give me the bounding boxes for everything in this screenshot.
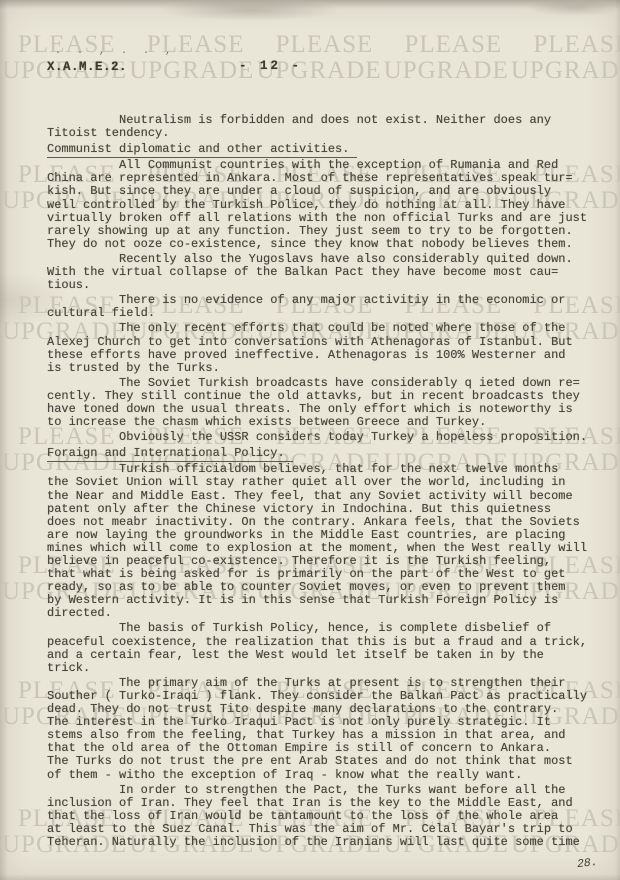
text-line: The Turks do not trust the pre ent Arab … <box>47 755 587 768</box>
text-line: Titoist tendency. <box>47 127 587 140</box>
text-line: and a certain fear, lest the West would … <box>47 649 587 662</box>
text-line: The only recent efforts that could be no… <box>47 322 587 335</box>
paragraph: All Communist countries with the excepti… <box>47 159 587 251</box>
paragraph: The Soviet Turkish broadcasts have consi… <box>47 377 587 429</box>
text-line: directed. <box>47 607 587 620</box>
text-line: is trusted by the Turks. <box>47 362 587 375</box>
paragraph: Turkish officialdom believes, that for t… <box>47 463 587 620</box>
page-number: - 12 - <box>239 59 302 73</box>
text-line: cently. They still continue the old atta… <box>47 390 587 403</box>
text-line: the Soviet Union will stay rather quiet … <box>47 476 587 489</box>
text-line: are now laying the groundworks in the Mi… <box>47 529 587 542</box>
text-line: that the loss of Iran would be tantamoun… <box>47 810 587 823</box>
text-line: well controlled by the Turkish Police, t… <box>47 199 587 212</box>
paragraph: In order to strengthen the Pact, the Tur… <box>47 784 587 849</box>
text-line: The Soviet Turkish broadcasts have consi… <box>47 377 587 390</box>
text-line: They do not ooze co-existence, since the… <box>47 238 587 251</box>
text-line: rarely showing up at any function. They … <box>47 225 587 238</box>
text-line: In order to strengthen the Pact, the Tur… <box>47 784 587 797</box>
text-line: virtually broken off all relations with … <box>47 212 587 225</box>
text-line: kish. But since they are under a cloud o… <box>47 185 587 198</box>
text-line: With the virtual collapse of the Balkan … <box>47 266 587 279</box>
watermark-word-please: PLEASE <box>404 32 502 58</box>
text-line: Obviously the USSR considers today Turke… <box>47 431 587 444</box>
paragraph: Obviously the USSR considers today Turke… <box>47 431 587 444</box>
text-line: tious. <box>47 279 587 292</box>
text-line: by Western activity. It is in this sense… <box>47 594 587 607</box>
text-line: peaceful coexistence, the realization th… <box>47 636 587 649</box>
text-line: to increase the chasm which exists betwe… <box>47 416 587 429</box>
scanned-document-page: PLEASEPLEASEPLEASEPLEASEPLEASEUPGRADEUPG… <box>0 0 620 880</box>
paragraph: The basis of Turkish Policy, hence, is c… <box>47 622 587 674</box>
paragraph: Recently also the Yugoslavs have also co… <box>47 253 587 292</box>
dots-artifact: . . , . . , <box>55 46 176 57</box>
section-heading-text: Foraign and International Policy. <box>47 446 293 462</box>
paragraph: The only recent efforts that could be no… <box>47 322 587 374</box>
section-heading-text: Communist diplomatic and other activitie… <box>47 142 357 158</box>
watermark-word-upgrade: UPGRADE <box>129 58 254 84</box>
footer-page-mark: 28. <box>576 856 598 871</box>
watermark-word-upgrade: UPGRADE <box>511 58 620 84</box>
paragraph: There is no evidence of any major activi… <box>47 294 587 320</box>
paragraph: The primary aim of the Turks at present … <box>47 677 587 782</box>
section-heading: Foraign and International Policy. <box>47 447 587 460</box>
text-line: cultural field. <box>47 307 587 320</box>
document-reference: X.A.M.E.2. <box>47 60 127 74</box>
text-line: the Near and Middle East. They feel, tha… <box>47 490 587 503</box>
text-line: Teheran. Naturally the inclusion of the … <box>47 836 587 849</box>
watermark-word-please: PLEASE <box>533 32 620 58</box>
text-line: patent only after the Chinese victory in… <box>47 503 587 516</box>
text-line: of them - witho the exception of Iraq - … <box>47 769 587 782</box>
text-line: trick. <box>47 662 587 675</box>
text-line: Alexej Church to get into conversations … <box>47 336 587 349</box>
watermark-row: PLEASEPLEASEPLEASEPLEASEPLEASEUPGRADEUPG… <box>0 32 620 84</box>
body-text: Neutralism is forbidden and does not exi… <box>47 114 587 851</box>
watermark-word-upgrade: UPGRADE <box>384 58 509 84</box>
text-line: The primary aim of the Turks at present … <box>47 677 587 690</box>
text-line: these efforts have proved ineffective. A… <box>47 349 587 362</box>
text-line: inclusion of Iran. They feel that Iran i… <box>47 797 587 810</box>
text-line: The basis of Turkish Policy, hence, is c… <box>47 622 587 635</box>
watermark-word-please: PLEASE <box>276 32 374 58</box>
section-heading: Communist diplomatic and other activitie… <box>47 143 587 156</box>
paragraph: Neutralism is forbidden and does not exi… <box>47 114 587 140</box>
text-line: does not meabr inactivity. On the contra… <box>47 516 587 529</box>
text-line: at least to the Suez Canal. This was the… <box>47 823 587 836</box>
